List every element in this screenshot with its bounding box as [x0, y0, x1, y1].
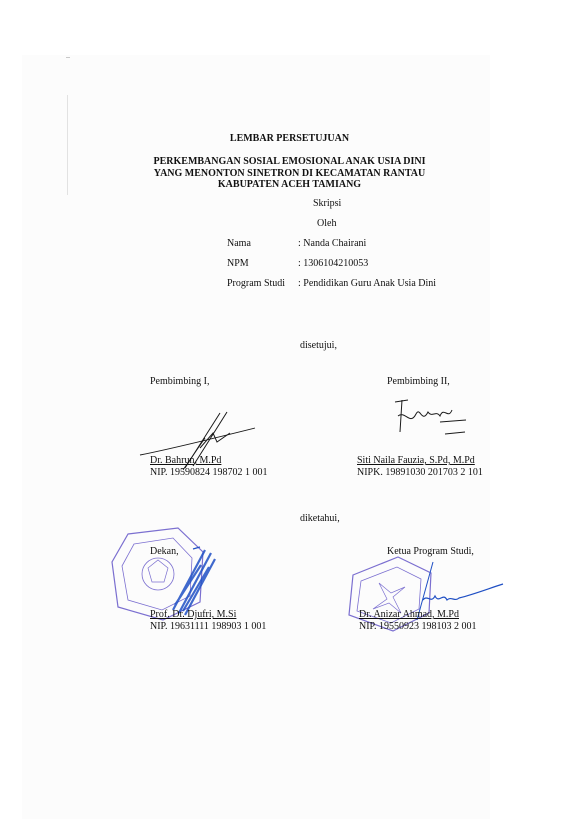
scan-mark [66, 57, 70, 58]
thesis-title-line: KABUPATEN ACEH TAMIANG [0, 179, 579, 191]
supervisor-1-id: NIP. 19590824 198702 1 001 [150, 467, 268, 478]
student-name-label: Nama [227, 238, 251, 249]
acknowledged-label: diketahui, [300, 513, 340, 524]
dean-role: Dekan, [150, 546, 179, 557]
thesis-title: PERKEMBANGAN SOSIAL EMOSIONAL ANAK USIA … [0, 156, 579, 191]
supervisor-2-role: Pembimbing II, [387, 376, 450, 387]
page-heading: LEMBAR PERSETUJUAN [0, 133, 579, 144]
supervisor-1-name: Dr. Bahrun, M.Pd [150, 455, 221, 466]
supervisor-2-id: NIPK. 19891030 201703 2 101 [357, 467, 483, 478]
student-name-value: : Nanda Chairani [298, 238, 366, 249]
by-label: Oleh [317, 218, 336, 229]
student-program-label: Program Studi [227, 278, 285, 289]
supervisor-1-role: Pembimbing I, [150, 376, 209, 387]
student-npm-label: NPM [227, 258, 249, 269]
approved-label: disetujui, [300, 340, 337, 351]
head-of-program-id: NIP. 19550923 198103 2 001 [359, 621, 477, 632]
student-program-value: : Pendidikan Guru Anak Usia Dini [298, 278, 436, 289]
doc-type: Skripsi [313, 198, 341, 209]
dean-name: Prof. Dr. Djufri, M.Si [150, 609, 236, 620]
supervisor-2-name: Siti Naila Fauzia, S.Pd, M.Pd [357, 455, 475, 466]
thesis-title-line: YANG MENONTON SINETRON DI KECAMATAN RANT… [0, 168, 579, 180]
dean-id: NIP. 19631111 198903 1 001 [150, 621, 266, 632]
signature-supervisor-2 [390, 396, 470, 456]
thesis-title-line: PERKEMBANGAN SOSIAL EMOSIONAL ANAK USIA … [0, 156, 579, 168]
student-npm-value: : 1306104210053 [298, 258, 368, 269]
head-of-program-name: Dr. Anizar Ahmad, M.Pd [359, 609, 459, 620]
